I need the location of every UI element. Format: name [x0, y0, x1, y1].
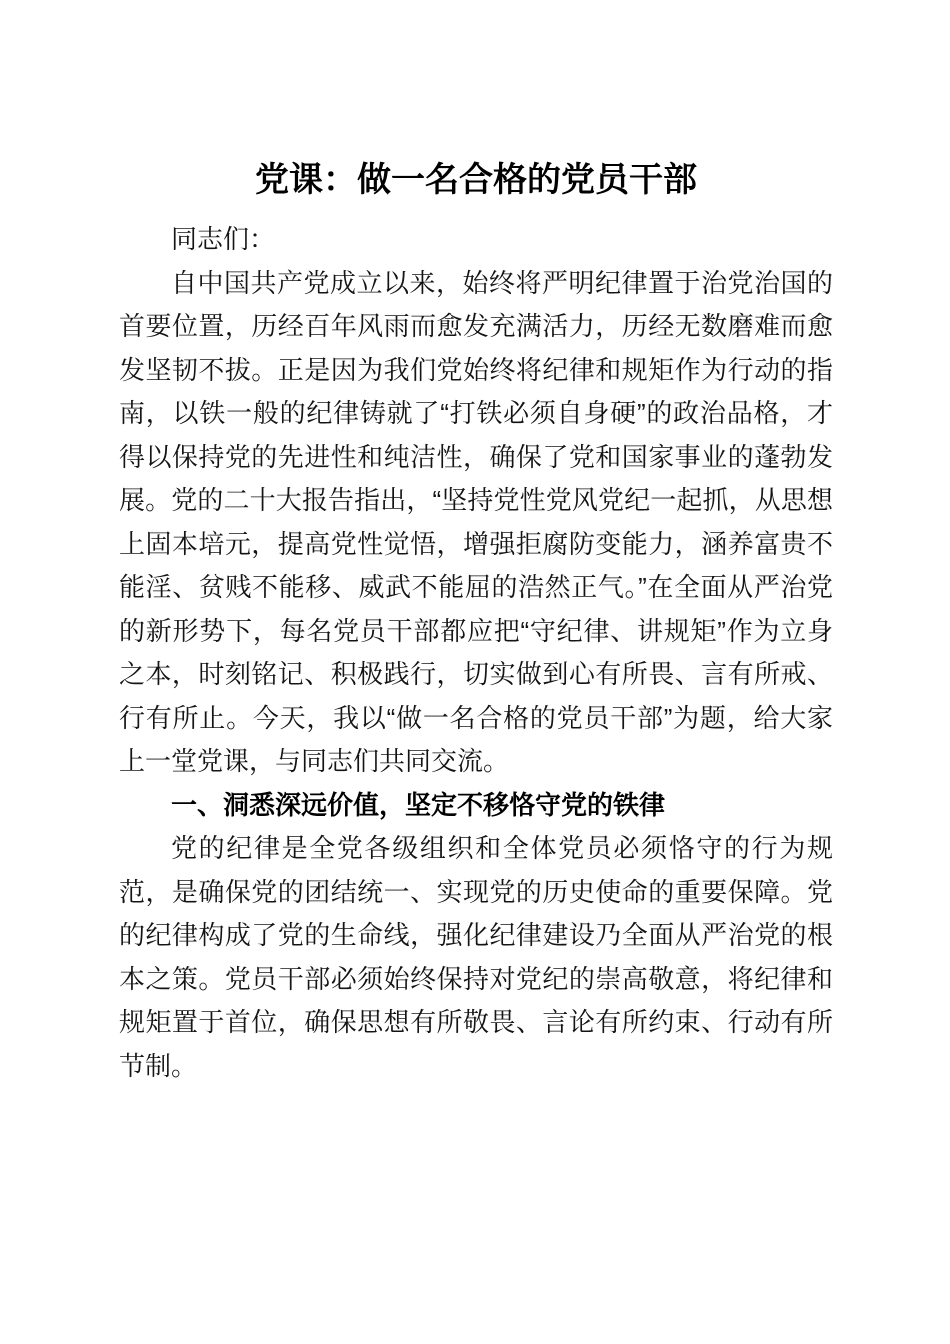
salutation-line: 同志们：	[119, 218, 833, 262]
document-page: 党课：做一名合格的党员干部 同志们： 自中国共产党成立以来，始终将严明纪律置于治…	[0, 0, 950, 1344]
section-heading-1: 一、洞悉深远价值，坚定不移恪守党的铁律	[119, 784, 833, 828]
document-title: 党课：做一名合格的党员干部	[119, 156, 833, 204]
body-paragraph-1: 自中国共产党成立以来，始终将严明纪律置于治党治国的首要位置，历经百年风雨而愈发充…	[119, 262, 833, 784]
body-paragraph-2: 党的纪律是全党各级组织和全体党员必须恪守的行为规范，是确保党的团结统一、实现党的…	[119, 827, 833, 1088]
document-content: 党课：做一名合格的党员干部 同志们： 自中国共产党成立以来，始终将严明纪律置于治…	[119, 156, 833, 1088]
